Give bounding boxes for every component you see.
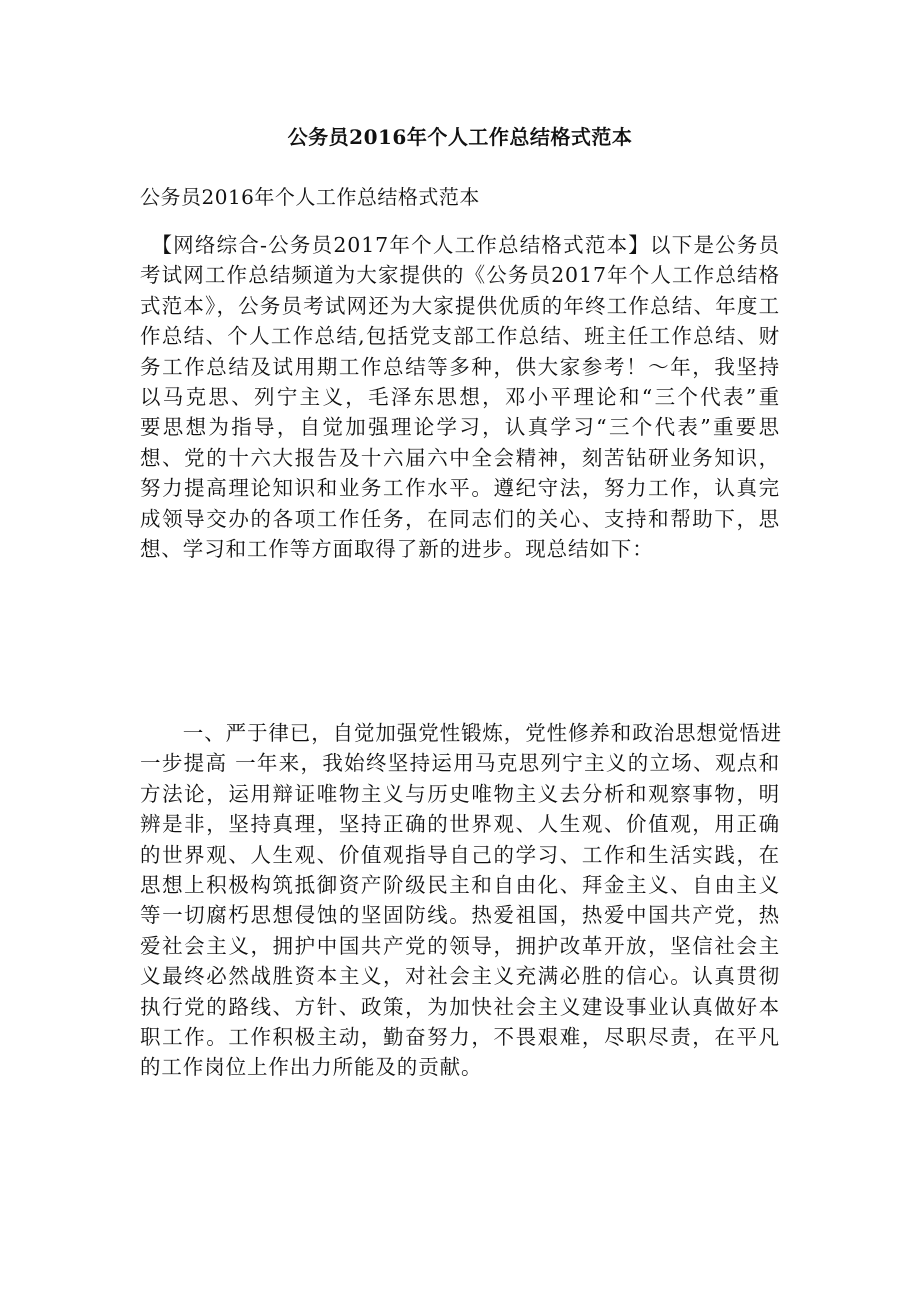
paragraph-line: 努力提高理论知识和业务工作水平。遵纪守法，努力工作，认真完 [140,473,780,503]
paragraph-line: 想、党的十六大报告及十六届六中全会精神，刻苦钻研业务知识， [140,443,780,473]
paragraph-line: 以马克思、列宁主义，毛泽东思想，邓小平理论和“三个代表”重 [140,382,780,412]
section-one-paragraph: 一、严于律已，自觉加强党性锻炼，党性修养和政治思想觉悟进 一步提高 一年来，我始… [140,718,780,1083]
paragraph-line: 等一切腐朽思想侵蚀的坚固防线。热爱祖国，热爱中国共产党，热 [140,900,780,930]
paragraph-line: 式范本》，公务员考试网还为大家提供优质的年终工作总结、年度工 [140,291,780,321]
document-subtitle: 公务员2016年个人工作总结格式范本 [140,182,480,212]
paragraph-line: 爱社会主义，拥护中国共产党的领导，拥护改革开放，坚信社会主 [140,931,780,961]
paragraph-line: 成领导交办的各项工作任务，在同志们的关心、支持和帮助下，思 [140,504,780,534]
paragraph-line: 辨是非，坚持真理，坚持正确的世界观、人生观、价值观，用正确 [140,809,780,839]
document-page: 公务员2016年个人工作总结格式范本 公务员2016年个人工作总结格式范本 【网… [0,0,920,1302]
paragraph-line: 执行党的路线、方针、政策，为加快社会主义建设事业认真做好本 [140,992,780,1022]
paragraph-line: 一步提高 一年来，我始终坚持运用马克思列宁主义的立场、观点和 [140,748,780,778]
paragraph-line: 思想上积极构筑抵御资产阶级民主和自由化、拜金主义、自由主义 [140,870,780,900]
paragraph-line: 一、严于律已，自觉加强党性锻炼，党性修养和政治思想觉悟进 [140,718,780,748]
paragraph-line: 方法论，运用辩证唯物主义与历史唯物主义去分析和观察事物，明 [140,779,780,809]
intro-paragraph: 【网络综合-公务员2017年个人工作总结格式范本】以下是公务员 考试网工作总结频… [140,230,780,564]
paragraph-line: 职工作。工作积极主动，勤奋努力，不畏艰难，尽职尽责，在平凡 [140,1022,780,1052]
paragraph-line: 务工作总结及试用期工作总结等多种，供大家参考！～年，我坚持 [140,352,780,382]
paragraph-line: 的工作岗位上作出力所能及的贡献。 [140,1052,780,1082]
paragraph-line: 【网络综合-公务员2017年个人工作总结格式范本】以下是公务员 [140,230,780,260]
paragraph-line: 要思想为指导，自觉加强理论学习，认真学习“三个代表”重要思 [140,412,780,442]
paragraph-line: 的世界观、人生观、价值观指导自己的学习、工作和生活实践，在 [140,840,780,870]
paragraph-line: 想、学习和工作等方面取得了新的进步。现总结如下： [140,534,780,564]
document-title: 公务员2016年个人工作总结格式范本 [0,122,920,152]
paragraph-line: 作总结、个人工作总结,包括党支部工作总结、班主任工作总结、财 [140,321,780,351]
paragraph-line: 义最终必然战胜资本主义，对社会主义充满必胜的信心。认真贯彻 [140,961,780,991]
paragraph-line: 考试网工作总结频道为大家提供的《公务员2017年个人工作总结格 [140,260,780,290]
